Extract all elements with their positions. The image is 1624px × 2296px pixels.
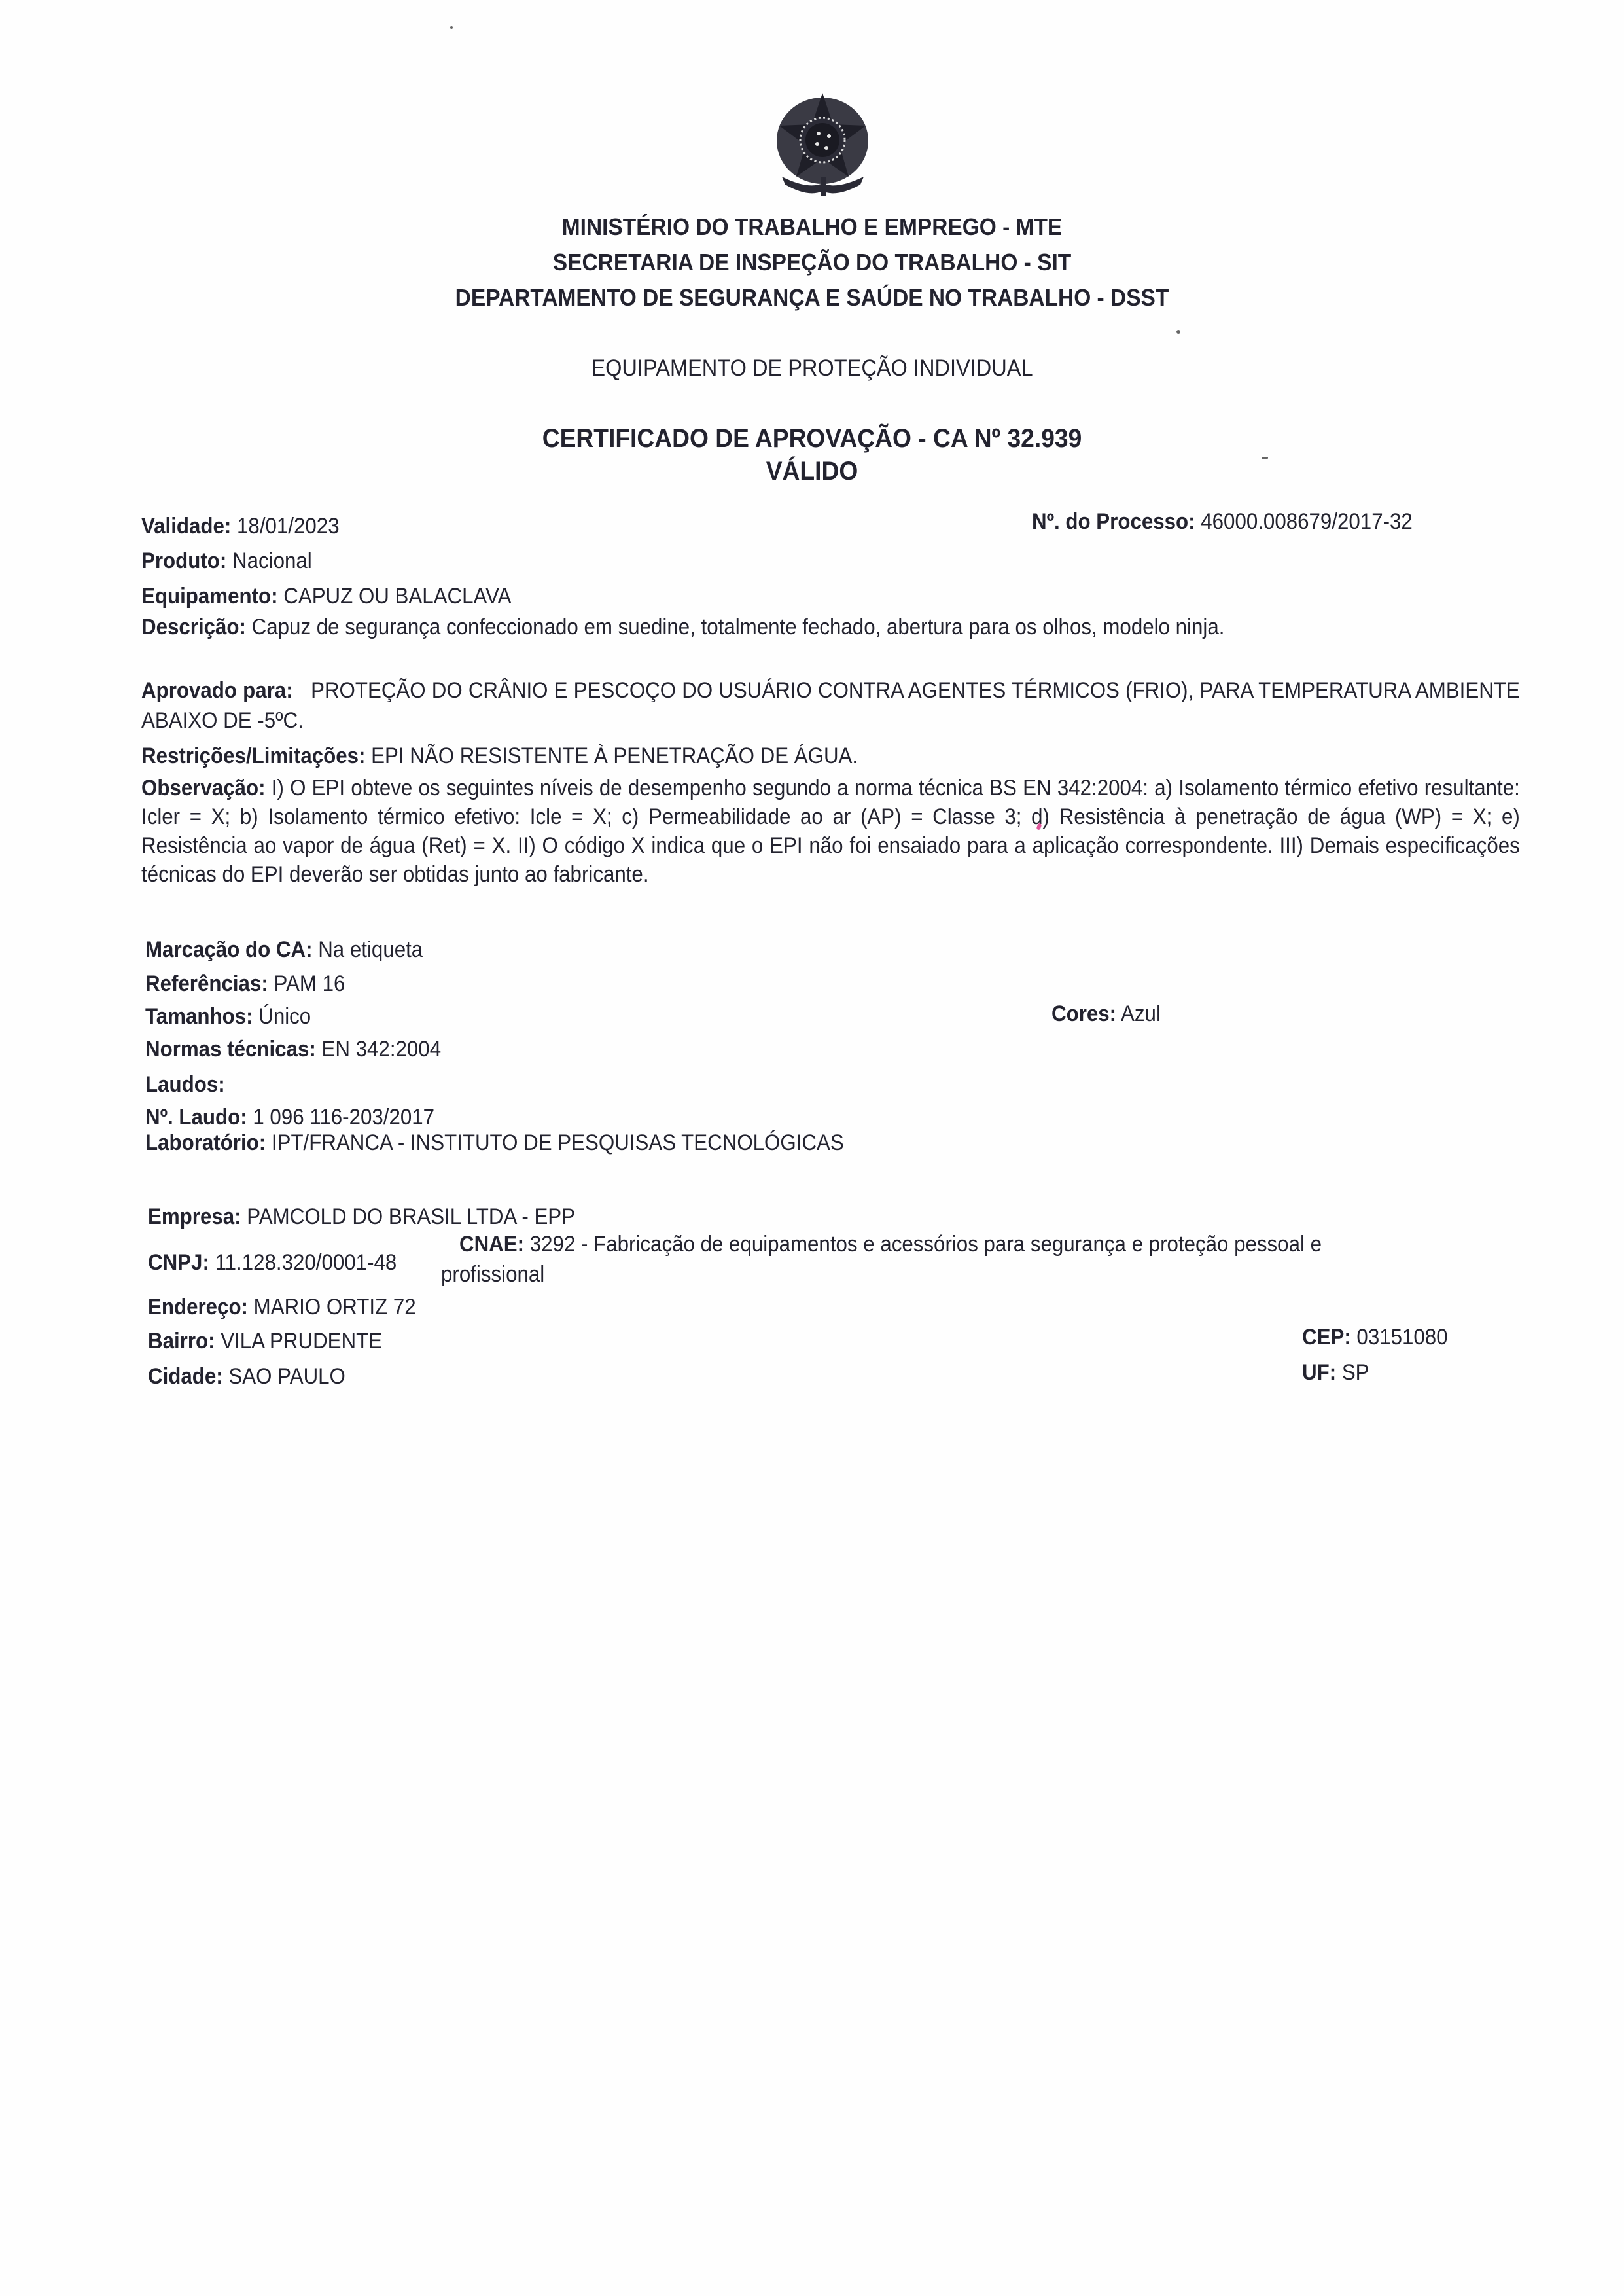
certificate-page: MINISTÉRIO DO TRABALHO E EMPREGO - MTE S… <box>0 0 1624 2296</box>
empresa-value: PAMCOLD DO BRASIL LTDA - EPP <box>247 1204 575 1229</box>
bairro-label: Bairro: <box>148 1329 215 1354</box>
cep-value: 03151080 <box>1356 1325 1447 1350</box>
cnpj-value: 11.128.320/0001-48 <box>215 1250 397 1275</box>
marcacao-label: Marcação do CA: <box>145 937 313 962</box>
cnpj-field: CNPJ: 11.128.320/0001-48 <box>148 1250 397 1276</box>
tamanhos-value: Único <box>258 1004 311 1029</box>
validade-field: Validade: 18/01/2023 <box>141 514 340 539</box>
restricoes-value: EPI NÃO RESISTENTE À PENETRAÇÃO DE ÁGUA. <box>371 744 858 768</box>
marcacao-field: Marcação do CA: Na etiqueta <box>145 937 423 963</box>
uf-field: UF: SP <box>1302 1360 1369 1386</box>
cep-field: CEP: 03151080 <box>1302 1325 1448 1350</box>
aprovado-para-value: PROTEÇÃO DO CRÂNIO E PESCOÇO DO USUÁRIO … <box>141 678 1520 733</box>
produto-value: Nacional <box>232 548 312 573</box>
cep-label: CEP: <box>1302 1325 1351 1350</box>
processo-value: 46000.008679/2017-32 <box>1201 509 1413 534</box>
equipamento-field: Equipamento: CAPUZ OU BALACLAVA <box>141 584 511 609</box>
scan-speck <box>1262 457 1268 459</box>
empresa-label: Empresa: <box>148 1204 241 1229</box>
referencias-label: Referências: <box>145 971 268 996</box>
restricoes-label: Restrições/Limitações: <box>141 744 365 768</box>
numero-laudo-label: Nº. Laudo: <box>145 1105 247 1130</box>
certificate-title: CERTIFICADO DE APROVAÇÃO - CA Nº 32.939 <box>57 424 1567 454</box>
cidade-label: Cidade: <box>148 1364 223 1389</box>
cidade-value: SAO PAULO <box>228 1364 345 1389</box>
cidade-field: Cidade: SAO PAULO <box>148 1364 345 1390</box>
cnae-value-line2: profissional <box>441 1262 544 1287</box>
produto-field: Produto: Nacional <box>141 548 312 574</box>
observacao-field: Observação: I) O EPI obteve os seguintes… <box>141 774 1520 889</box>
referencias-field: Referências: PAM 16 <box>145 971 345 997</box>
cnae-value-line1: 3292 - Fabricação de equipamentos e aces… <box>530 1232 1322 1257</box>
laboratorio-value: IPT/FRANCA - INSTITUTO DE PESQUISAS TECN… <box>272 1130 844 1155</box>
processo-field: Nº. do Processo: 46000.008679/2017-32 <box>1032 509 1413 535</box>
bairro-value: VILA PRUDENTE <box>221 1329 382 1354</box>
laudos-label: Laudos: <box>145 1072 225 1097</box>
normas-field: Normas técnicas: EN 342:2004 <box>145 1037 441 1062</box>
observacao-value: I) O EPI obteve os seguintes níveis de d… <box>141 776 1520 887</box>
descricao-field: Descrição: Capuz de segurança confeccion… <box>141 615 1224 640</box>
aprovado-para-field: Aprovado para: PROTEÇÃO DO CRÂNIO E PESC… <box>141 675 1520 736</box>
numero-laudo-value: 1 096 116-203/2017 <box>253 1105 434 1130</box>
validade-label: Validade: <box>141 514 231 539</box>
tamanhos-label: Tamanhos: <box>145 1004 253 1029</box>
brazil-coat-of-arms-icon <box>769 85 877 203</box>
normas-value: EN 342:2004 <box>321 1037 441 1062</box>
cnae-label: CNAE: <box>459 1232 524 1257</box>
numero-laudo-field: Nº. Laudo: 1 096 116-203/2017 <box>145 1105 434 1130</box>
category-heading: EQUIPAMENTO DE PROTEÇÃO INDIVIDUAL <box>57 355 1567 382</box>
restricoes-field: Restrições/Limitações: EPI NÃO RESISTENT… <box>141 744 858 769</box>
produto-label: Produto: <box>141 548 226 573</box>
cores-label: Cores: <box>1051 1001 1116 1026</box>
cnae-field: CNAE: 3292 - Fabricação de equipamentos … <box>459 1232 1322 1257</box>
scan-speck <box>1176 330 1180 334</box>
department-heading: DEPARTAMENTO DE SEGURANÇA E SAÚDE NO TRA… <box>57 284 1567 312</box>
endereco-label: Endereço: <box>148 1295 248 1319</box>
normas-label: Normas técnicas: <box>145 1037 316 1062</box>
cores-value: Azul <box>1121 1001 1161 1026</box>
referencias-value: PAM 16 <box>274 971 345 996</box>
laudos-field: Laudos: <box>145 1072 225 1098</box>
bairro-field: Bairro: VILA PRUDENTE <box>148 1329 382 1354</box>
laboratorio-label: Laboratório: <box>145 1130 266 1155</box>
secretariat-heading: SECRETARIA DE INSPEÇÃO DO TRABALHO - SIT <box>57 249 1567 276</box>
equipamento-label: Equipamento: <box>141 584 278 609</box>
ministry-heading: MINISTÉRIO DO TRABALHO E EMPREGO - MTE <box>57 213 1567 241</box>
observacao-label: Observação: <box>141 776 266 800</box>
cores-field: Cores: Azul <box>1051 1001 1161 1027</box>
endereco-value: MARIO ORTIZ 72 <box>254 1295 416 1319</box>
laboratorio-field: Laboratório: IPT/FRANCA - INSTITUTO DE P… <box>145 1130 844 1156</box>
uf-value: SP <box>1342 1360 1369 1385</box>
uf-label: UF: <box>1302 1360 1336 1385</box>
aprovado-para-label: Aprovado para: <box>141 678 293 703</box>
descricao-value: Capuz de segurança confeccionado em sued… <box>252 615 1225 639</box>
scan-speck <box>450 26 453 29</box>
marcacao-value: Na etiqueta <box>318 937 423 962</box>
empresa-field: Empresa: PAMCOLD DO BRASIL LTDA - EPP <box>148 1204 575 1230</box>
validade-value: 18/01/2023 <box>237 514 340 539</box>
descricao-label: Descrição: <box>141 615 246 639</box>
equipamento-value: CAPUZ OU BALACLAVA <box>283 584 511 609</box>
endereco-field: Endereço: MARIO ORTIZ 72 <box>148 1295 416 1320</box>
cnpj-label: CNPJ: <box>148 1250 209 1275</box>
tamanhos-field: Tamanhos: Único <box>145 1004 311 1030</box>
processo-label: Nº. do Processo: <box>1032 509 1195 534</box>
status-badge: VÁLIDO <box>57 457 1567 486</box>
